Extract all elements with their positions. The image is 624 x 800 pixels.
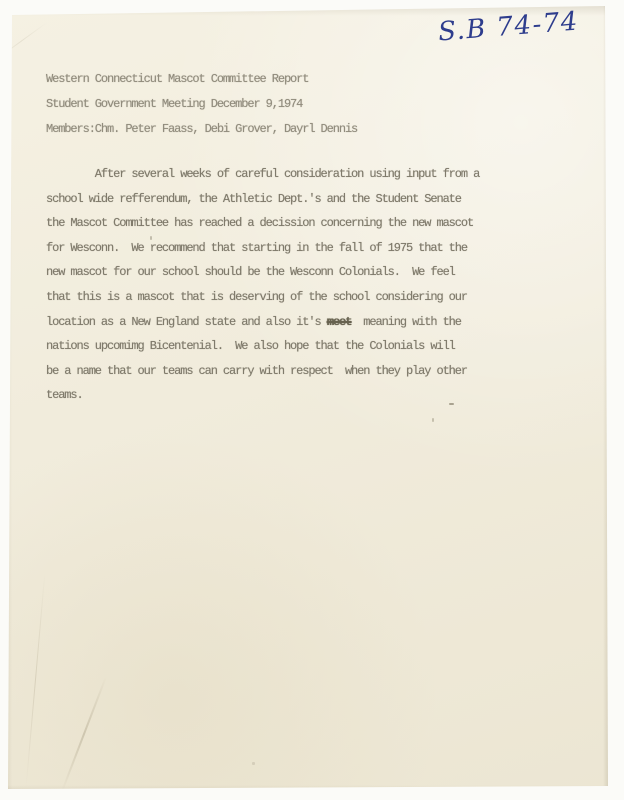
scanned-document-view: S.B 74-74 Western Connecticut Mascot Com… bbox=[0, 0, 624, 800]
body-line: the Mascot Committee has reached a decis… bbox=[46, 211, 479, 236]
body-line: school wide refferendum, the Athletic De… bbox=[46, 187, 479, 212]
paper-left-edge-shading bbox=[5, 4, 14, 793]
body-line-7-post: meaning with the bbox=[351, 315, 461, 329]
body-line-with-correction: location as a New England state and also… bbox=[46, 310, 479, 335]
report-header: Western Connecticut Mascot Committee Rep… bbox=[46, 67, 357, 142]
body-line: that this is a mascot that is deserving … bbox=[46, 285, 479, 310]
overtyped-word: meet bbox=[327, 315, 351, 329]
body-line: nations upcomimg Bicentenial. We also ho… bbox=[46, 334, 479, 359]
body-line-7-pre: location as a New England state and also… bbox=[46, 315, 327, 329]
body-line: for Wesconn. We recommend that starting … bbox=[46, 236, 479, 261]
body-line: new mascot for our school should be the … bbox=[46, 260, 479, 285]
body-line: be a name that our teams can carry with … bbox=[46, 359, 479, 384]
report-members-line: Members:Chm. Peter Faass, Debi Grover, D… bbox=[46, 117, 357, 142]
paper-speck bbox=[252, 762, 255, 765]
report-meeting-line: Student Government Meeting December 9,19… bbox=[46, 92, 357, 117]
report-body: After several weeks of careful considera… bbox=[46, 162, 479, 408]
paper-bottom-edge-shading bbox=[5, 783, 612, 793]
paper-crease bbox=[26, 572, 46, 786]
paper-crease bbox=[61, 676, 107, 792]
paper-crease bbox=[0, 22, 47, 59]
body-line: After several weeks of careful considera… bbox=[46, 162, 479, 187]
body-line: teams. bbox=[46, 383, 479, 408]
report-title: Western Connecticut Mascot Committee Rep… bbox=[46, 67, 357, 92]
paper-speck bbox=[432, 418, 434, 422]
